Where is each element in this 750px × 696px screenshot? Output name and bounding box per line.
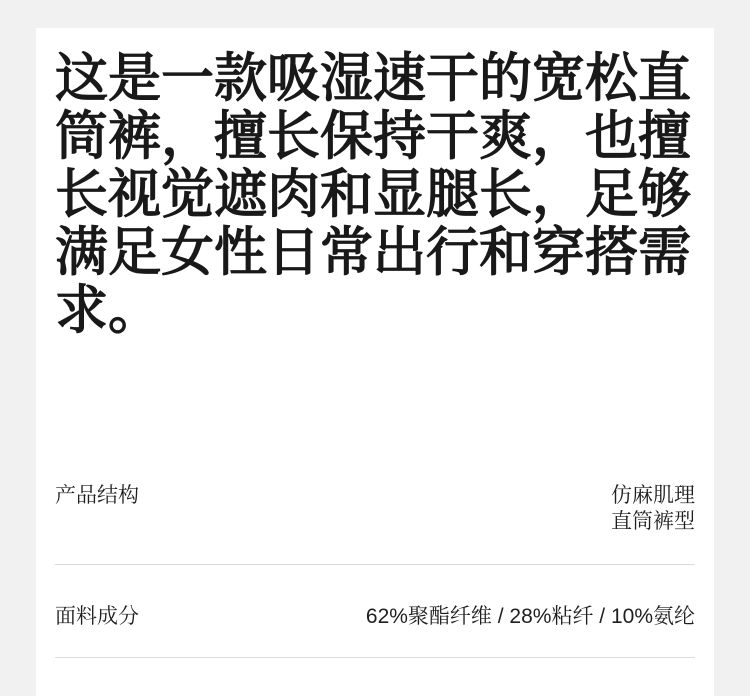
spec-values-product-structure: 仿麻肌理 直筒裤型 [611, 483, 695, 535]
spec-label-fabric-composition: 面料成分 [55, 604, 139, 630]
spec-label-product-structure: 产品结构 [55, 483, 139, 509]
spec-values-fabric-composition: 62%聚酯纤维 / 28%粘纤 / 10%氨纶 [366, 604, 695, 630]
product-description-card: 这是一款吸湿速干的宽松直筒裤，擅长保持干爽，也擅长视觉遮肉和显腿长，足够满足女性… [36, 28, 714, 696]
product-headline: 这是一款吸湿速干的宽松直筒裤，擅长保持干爽，也擅长视觉遮肉和显腿长，足够满足女性… [55, 50, 697, 340]
spec-value: 直筒裤型 [611, 509, 695, 535]
spec-table: 产品结构 仿麻肌理 直筒裤型 面料成分 62%聚酯纤维 / 28%粘纤 / 10… [55, 483, 695, 658]
product-detail-page: 这是一款吸湿速干的宽松直筒裤，擅长保持干爽，也擅长视觉遮肉和显腿长，足够满足女性… [0, 0, 750, 696]
spec-row-fabric-composition: 面料成分 62%聚酯纤维 / 28%粘纤 / 10%氨纶 [55, 565, 695, 658]
spec-value: 仿麻肌理 [611, 483, 695, 509]
spec-value: 62%聚酯纤维 / 28%粘纤 / 10%氨纶 [366, 604, 695, 630]
spec-row-product-structure: 产品结构 仿麻肌理 直筒裤型 [55, 483, 695, 565]
